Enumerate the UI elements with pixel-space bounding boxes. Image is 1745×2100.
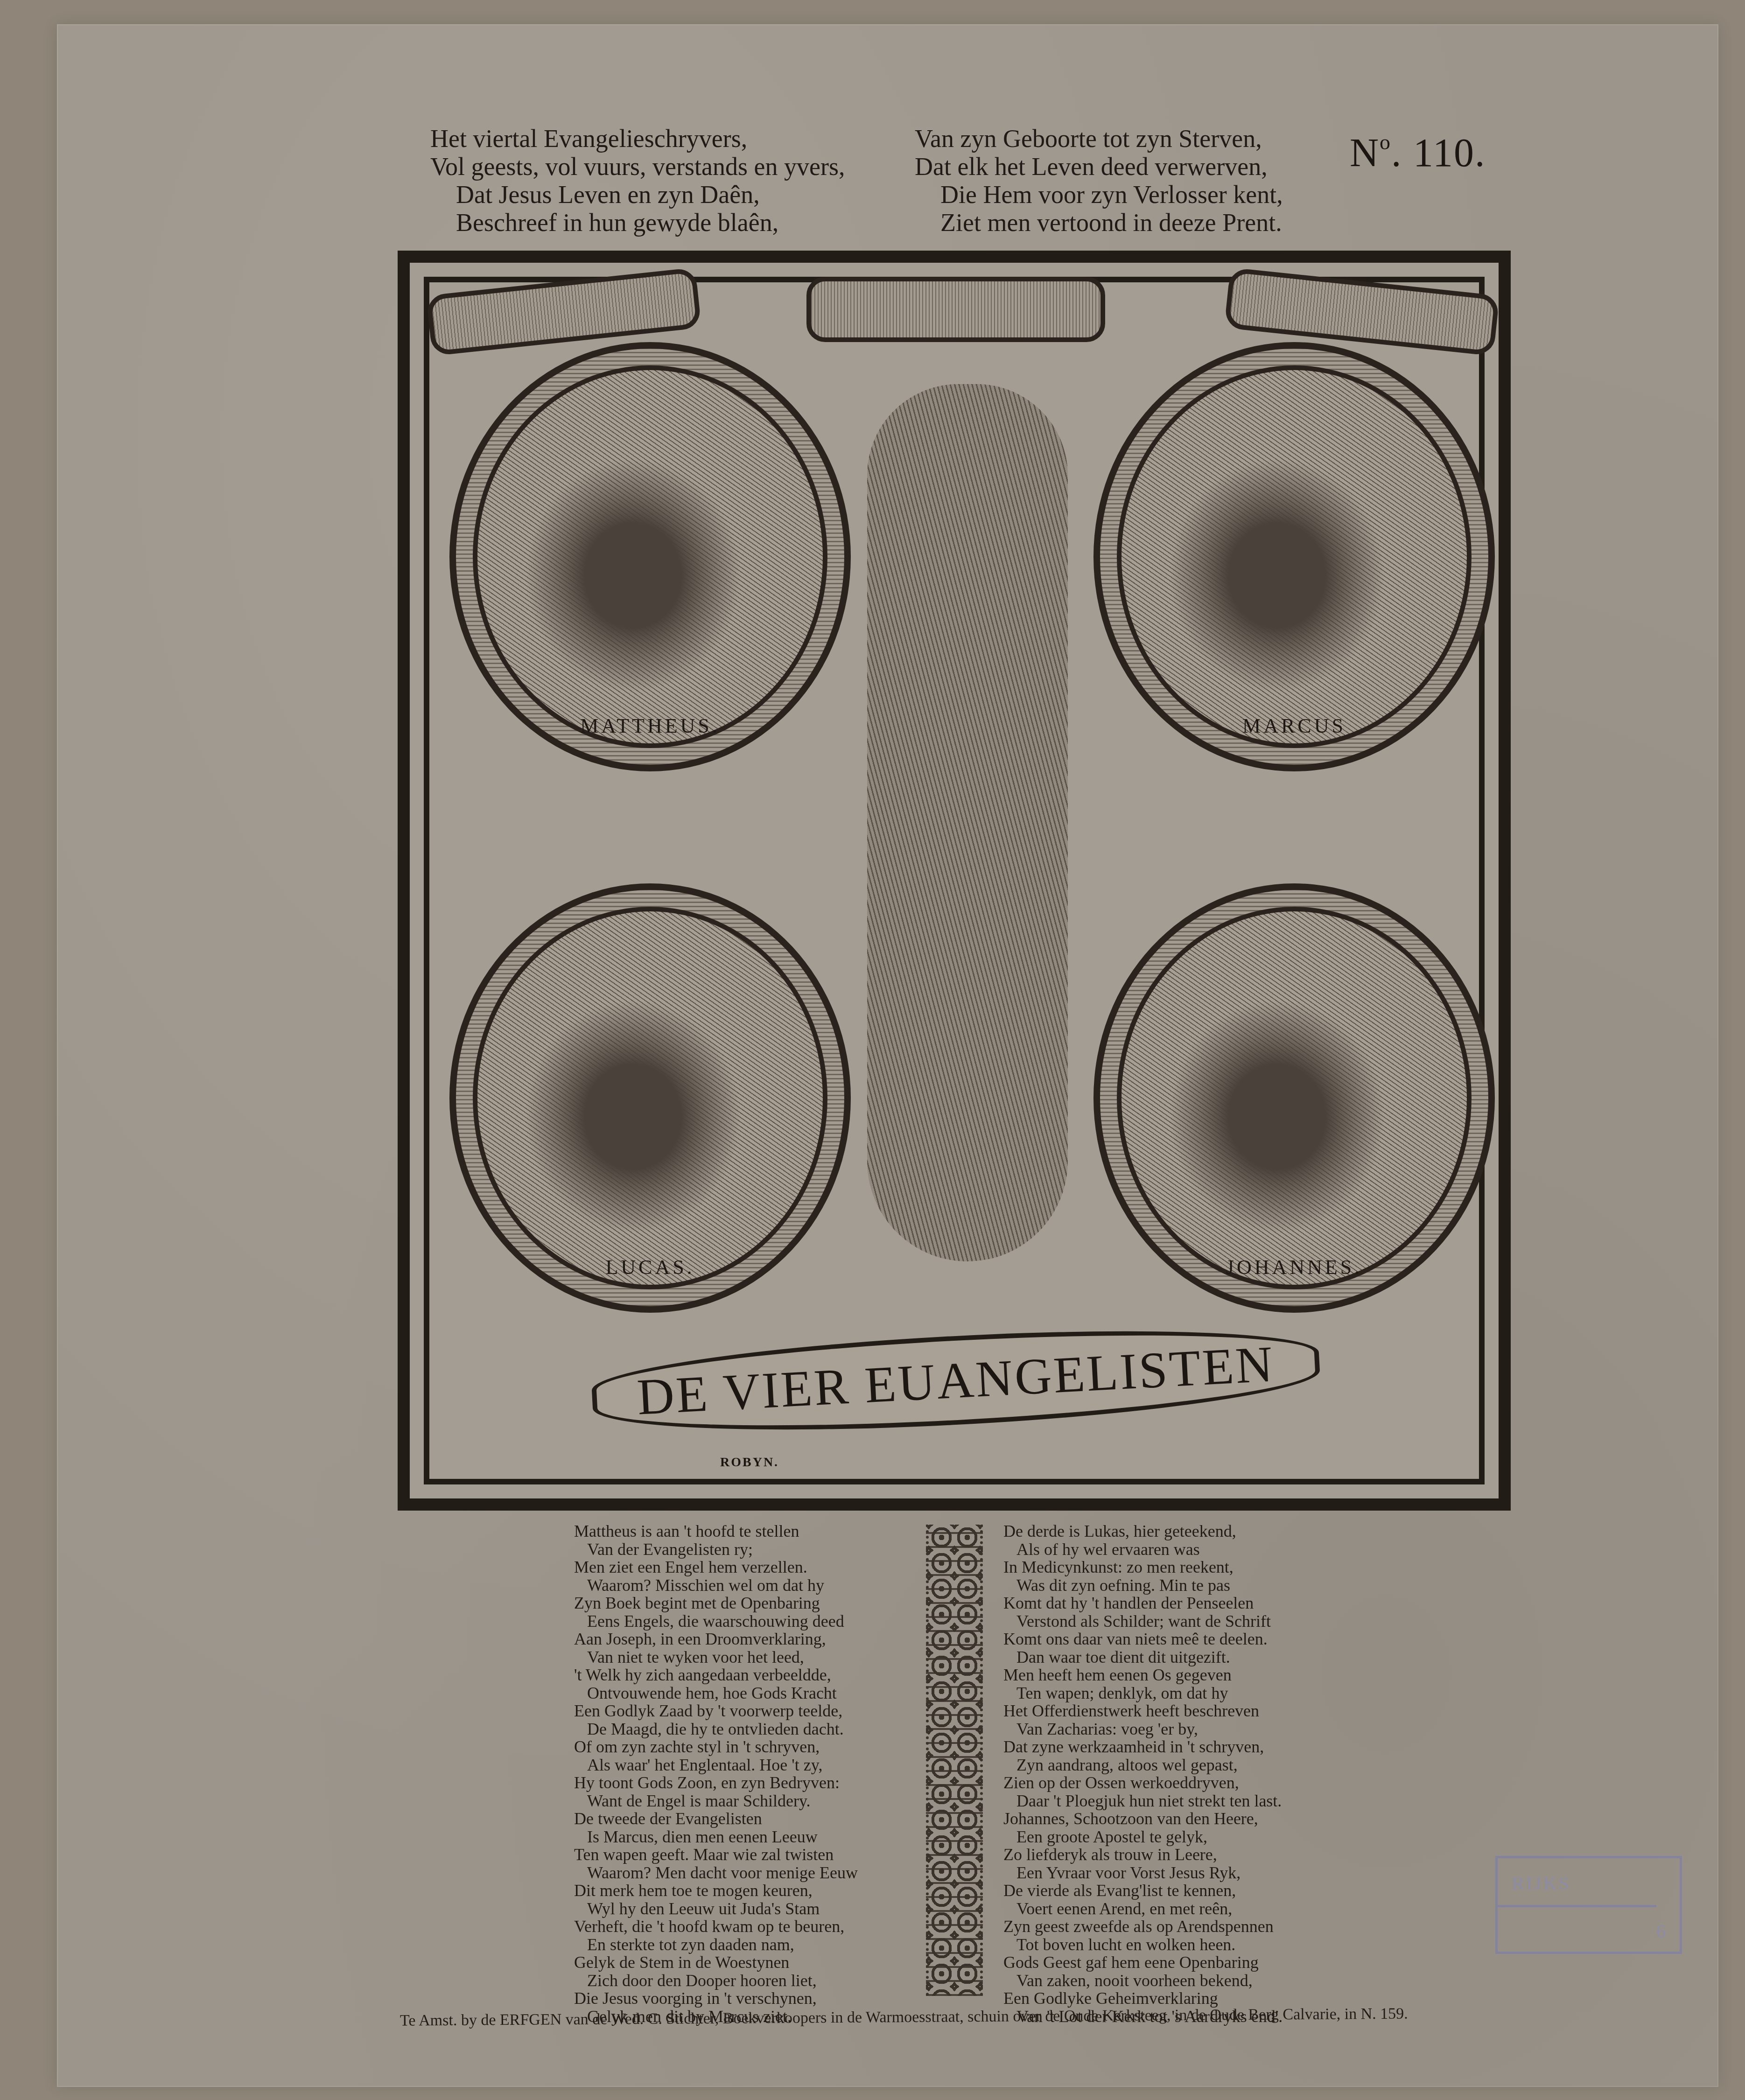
poem-line: Van niet te wyken voor het leed, xyxy=(574,1648,858,1666)
poem-line: Ontvouwende hem, hoe Gods Kracht xyxy=(574,1684,858,1702)
poem-line: Van Zacharias: voeg 'er by, xyxy=(1003,1720,1282,1738)
johannes-with-eagle-scene xyxy=(1117,907,1472,1289)
poem-line: Ten wapen; denklyk, om dat hy xyxy=(1003,1684,1282,1702)
poem-line: De derde is Lukas, hier geteekend, xyxy=(1003,1522,1282,1540)
poem-line: Mattheus is aan 't hoofd te stellen xyxy=(574,1522,858,1540)
poem-line: Gods Geest gaf hem eene Openbaring xyxy=(1003,1953,1282,1972)
verse-line: Die Hem voor zyn Verlosser kent, xyxy=(915,181,1283,209)
stamp-divider xyxy=(1498,1905,1656,1907)
medallion-label: MARCUS xyxy=(1100,714,1488,738)
poem-line: De Maagd, die hy te ontvlieden dacht. xyxy=(574,1720,858,1738)
poem-line: Het Offerdienstwerk heeft beschreven xyxy=(1003,1702,1282,1720)
poem-line: Zyn aandrang, altoos wel gepast, xyxy=(1003,1756,1282,1774)
poem-right-column: De derde is Lukas, hier geteekend, Als o… xyxy=(1003,1522,1282,2025)
print-sheet: Het viertal Evangelieschryvers, Vol gees… xyxy=(57,24,1718,2087)
poem-line: Eens Engels, die waarschouwing deed xyxy=(574,1612,858,1631)
poem-line: Daar 't Ploegjuk hun niet strekt ten las… xyxy=(1003,1792,1282,1810)
poem-line: Verheft, die 't hoofd kwam op te beuren, xyxy=(574,1918,858,1936)
poem-line: Een Yvraar voor Vorst Jesus Ryk, xyxy=(1003,1864,1282,1882)
poem-line: Hy toont Gods Zoon, en zyn Bedryven: xyxy=(574,1774,858,1792)
poem-line: Die Jesus voorging in 't verschynen, xyxy=(574,1989,858,2008)
central-garland-lion-angel-ox-eagle xyxy=(867,384,1068,1261)
medallion-lucas: LUCAS. xyxy=(449,883,851,1313)
lucas-writing-with-ox-scene xyxy=(473,907,827,1289)
poem-line: Als waar' het Englentaal. Hoe 't zy, xyxy=(574,1756,858,1774)
medallion-label: LUCAS. xyxy=(456,1255,844,1279)
poem-line: Johannes, Schootzoon van den Heere, xyxy=(1003,1810,1282,1828)
poem-line: Ten wapen geeft. Maar wie zal twisten xyxy=(574,1846,858,1864)
poem-line: Is Marcus, dien men eenen Leeuw xyxy=(574,1828,858,1846)
poem-line: Als of hy wel ervaaren was xyxy=(1003,1540,1282,1559)
medallion-johannes: JOHANNES. xyxy=(1093,883,1495,1313)
poem-line: Was dit zyn oefning. Min te pas xyxy=(1003,1576,1282,1595)
header-verse-left: Het viertal Evangelieschryvers, Vol gees… xyxy=(430,125,845,237)
verse-line: Dat elk het Leven deed verwerven, xyxy=(915,153,1283,181)
ornamental-divider-icon xyxy=(926,1525,983,1996)
poem-line: Men heeft hem eenen Os gegeven xyxy=(1003,1666,1282,1684)
medallion-marcus: MARCUS xyxy=(1093,342,1495,771)
poem-line: Komt ons daar van niets meê te deelen. xyxy=(1003,1630,1282,1648)
poem-line: 't Welk hy zich aangedaan verbeeldde, xyxy=(574,1666,858,1684)
poem-line: Dit merk hem toe te mogen keuren, xyxy=(574,1882,858,1900)
verse-line: Het viertal Evangelieschryvers, xyxy=(430,125,845,153)
publisher-imprint: Te Amst. by de ERFGEN van de Wed. C. Sti… xyxy=(400,2005,1408,2030)
poem-line: In Medicynkunst: zo men reekent, xyxy=(1003,1558,1282,1576)
plate-number-superscript: o xyxy=(1380,130,1391,154)
plate-number-value: 110. xyxy=(1413,130,1486,175)
poem-line: Zich door den Dooper hooren liet, xyxy=(574,1972,858,1990)
poem-line: De tweede der Evangelisten xyxy=(574,1810,858,1828)
poem-line: En sterkte tot zyn daaden nam, xyxy=(574,1936,858,1954)
poem-line: Een Godlyke Geheimverklaring xyxy=(1003,1989,1282,2008)
artist-signature: ROBYN. xyxy=(720,1455,779,1470)
medallion-label: MATTHEUS. xyxy=(456,714,844,738)
poem-line: Van der Evangelisten ry; xyxy=(574,1540,858,1559)
poem-line: Zien op der Ossen werkoeddryven, xyxy=(1003,1774,1282,1792)
poem-line: Zyn geest zweefde als op Arendspennen xyxy=(1003,1918,1282,1936)
poem-line: Dan waar toe dient dit uitgezift. xyxy=(1003,1648,1282,1666)
verse-line: Van zyn Geboorte tot zyn Sterven, xyxy=(915,125,1283,153)
poem-line: De vierde als Evang'list te kennen, xyxy=(1003,1882,1282,1900)
medallion-mattheus: MATTHEUS. xyxy=(449,342,851,771)
header-verse-right: Van zyn Geboorte tot zyn Sterven, Dat el… xyxy=(915,125,1283,237)
poem-line: Komt dat hy 't handlen der Penseelen xyxy=(1003,1594,1282,1612)
marcus-seated-scene xyxy=(1117,365,1472,748)
verse-line: Dat Jesus Leven en zyn Daên, xyxy=(430,181,845,209)
verse-line: Beschreef in hun gewyde blaên, xyxy=(430,209,845,237)
poem-line: Zo liefderyk als trouw in Leere, xyxy=(1003,1846,1282,1864)
poem-line: Verstond als Schilder; want de Schrift xyxy=(1003,1612,1282,1631)
poem-line: Waarom? Men dacht voor menige Eeuw xyxy=(574,1864,858,1882)
woodcut-illustration: MATTHEUS. MARCUS LUCAS. JOHANNES. DE VIE… xyxy=(398,251,1511,1511)
medallion-label: JOHANNES. xyxy=(1100,1255,1488,1279)
poem-line: Aan Joseph, in een Droomverklaring, xyxy=(574,1630,858,1648)
stamp-text-top: RIJKS xyxy=(1512,1872,1571,1894)
poem-line: Voert eenen Arend, en met reên, xyxy=(1003,1900,1282,1918)
verse-line: Ziet men vertoond in deeze Prent. xyxy=(915,209,1283,237)
poem-line: Want de Engel is maar Schildery. xyxy=(574,1792,858,1810)
mattheus-with-angel-scene xyxy=(473,365,827,748)
plate-number-prefix: N xyxy=(1350,130,1380,175)
poem-left-column: Mattheus is aan 't hoofd te stellen Van … xyxy=(574,1522,858,2025)
poem-line: Waarom? Misschien wel om dat hy xyxy=(574,1576,858,1595)
poem-line: Dat zyne werkzaamheid in 't schryven, xyxy=(1003,1738,1282,1756)
poem-line: Een Godlyk Zaad by 't voorwerp teelde, xyxy=(574,1702,858,1720)
poem-line: Van zaken, nooit voorheen bekend, xyxy=(1003,1972,1282,1990)
poem-line: Een groote Apostel te gelyk, xyxy=(1003,1828,1282,1846)
poem-line: Gelyk de Stem in de Woestynen xyxy=(574,1953,858,1972)
poem-line: Tot boven lucht en wolken heen. xyxy=(1003,1936,1282,1954)
poem-line: Men ziet een Engel hem verzellen. xyxy=(574,1558,858,1576)
plate-number: No. 110. xyxy=(1350,129,1486,176)
ribbon-bow-center-icon xyxy=(806,277,1105,342)
poem-line: Zyn Boek begint met de Openbaring xyxy=(574,1594,858,1612)
collection-stamp: RIJKS 6 xyxy=(1495,1856,1682,1954)
poem-line: Wyl hy den Leeuw uit Juda's Stam xyxy=(574,1900,858,1918)
verse-line: Vol geests, vol vuurs, verstands en yver… xyxy=(430,153,845,181)
stamp-text-bottom: 6 xyxy=(1656,1920,1666,1942)
poem-line: Of om zyn zachte styl in 't schryven, xyxy=(574,1738,858,1756)
